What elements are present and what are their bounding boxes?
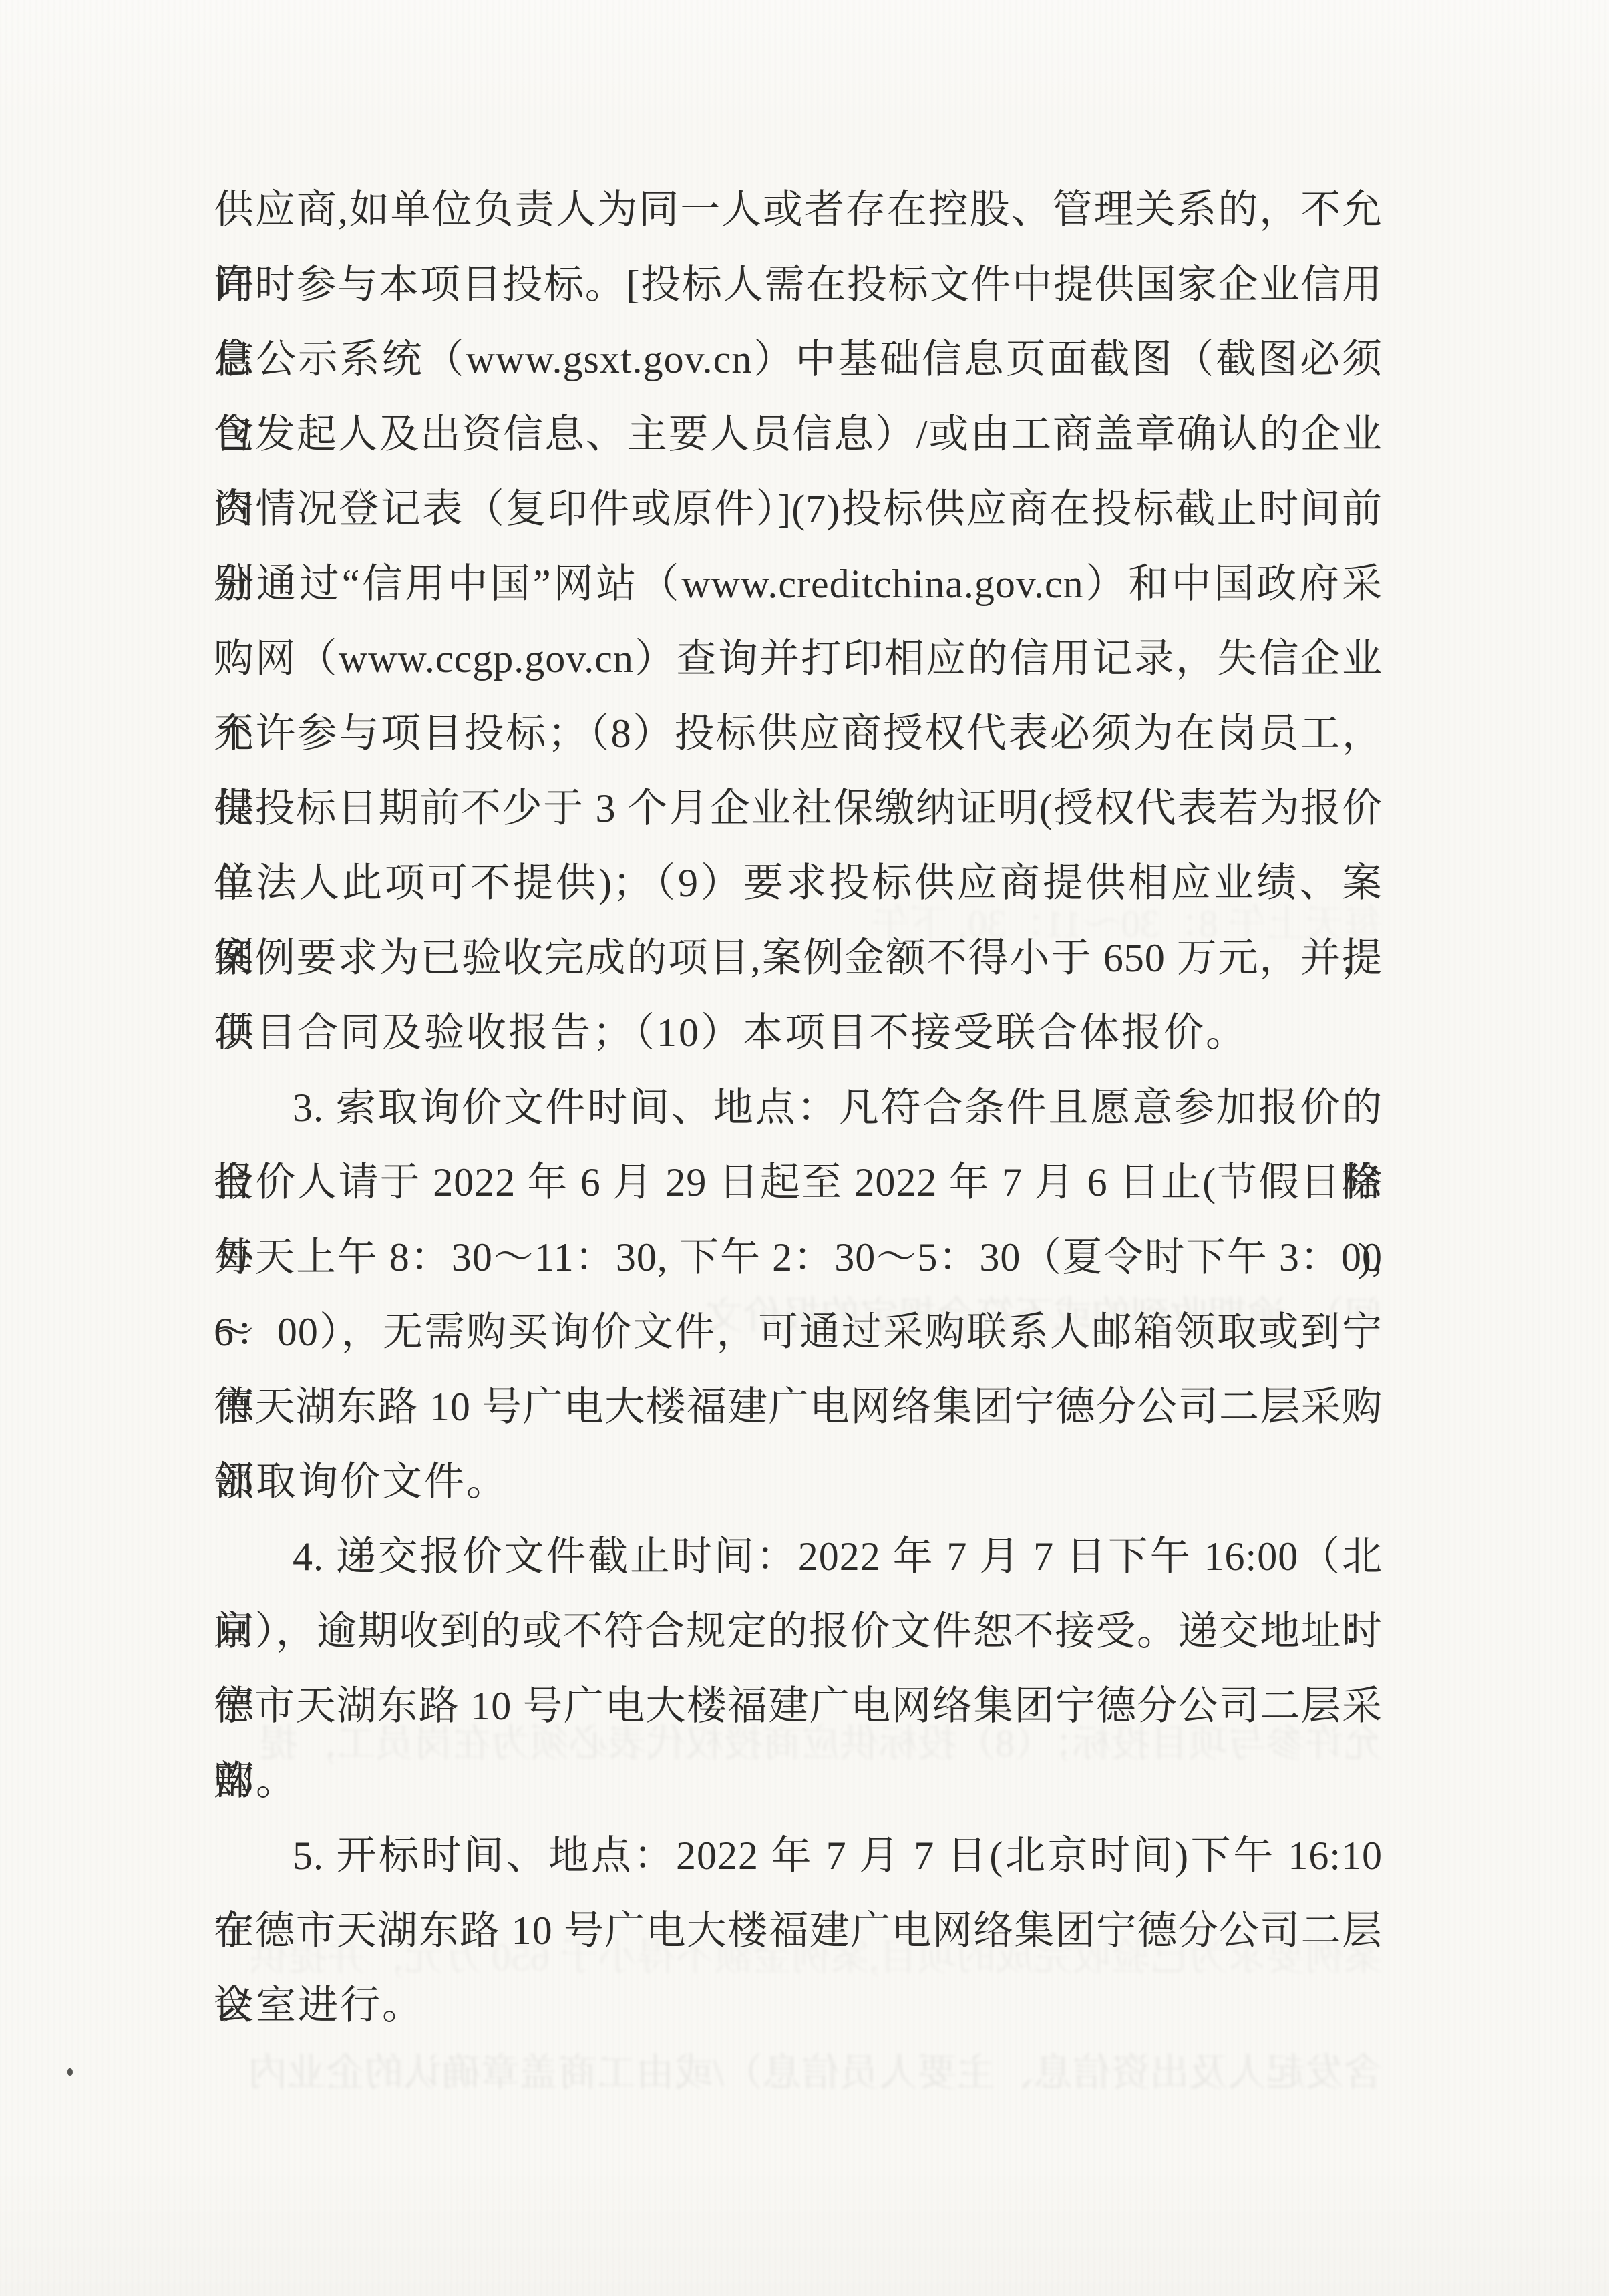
document-page: 每天上午 8：30～11：30, 下午 2：30～5：30（夏令时下午 3：00… xyxy=(0,0,1609,2296)
text-line: 购网（www.ccgp.gov.cn）查询并打印相应的信用记录，失信企业不 xyxy=(214,621,1383,696)
text-line: 案例要求为已验收完成的项目,案例金额不得小于 650 万元，并提供 xyxy=(214,921,1383,995)
text-line: 宁德市天湖东路 10 号广电大楼福建广电网络集团宁德分公司二层会 xyxy=(214,1893,1383,1968)
text-line: 部。 xyxy=(214,1744,1383,1818)
scan-speck xyxy=(67,2068,73,2076)
text-line-item-4: 4. 递交报价文件截止时间：2022 年 7 月 7 日下午 16:00（北京时 xyxy=(214,1519,1383,1594)
text-line: 领取询价文件。 xyxy=(214,1444,1383,1519)
text-line: 息公示系统（www.gsxt.gov.cn）中基础信息页面截图（截图必须包 xyxy=(214,322,1383,397)
text-line: 供应商,如单位负责人为同一人或者存在控股、管理关系的，不允许 xyxy=(214,172,1383,247)
text-line-item-3: 3. 索取询价文件时间、地点：凡符合条件且愿意参加报价的合格 xyxy=(214,1070,1383,1145)
text-line-item-5: 5. 开标时间、地点：2022 年 7 月 7 日(北京时间)下午 16:10 … xyxy=(214,1818,1383,1893)
text-line: 市天湖东路 10 号广电大楼福建广电网络集团宁德分公司二层采购部 xyxy=(214,1369,1383,1444)
text-block: 供应商,如单位负责人为同一人或者存在控股、管理关系的，不允许 同时参与本项目投标… xyxy=(214,172,1383,2043)
text-line: 报价人请于 2022 年 6 月 29 日起至 2022 年 7 月 6 日止(… xyxy=(214,1145,1383,1220)
text-line: 德市天湖东路 10 号广电大楼福建广电网络集团宁德分公司二层采购 xyxy=(214,1669,1383,1744)
text-line: 6：00），无需购买询价文件，可通过采购联系人邮箱领取或到宁德 xyxy=(214,1295,1383,1369)
text-line: 间），逾期收到的或不符合规定的报价文件恕不接受。递交地址：宁 xyxy=(214,1594,1383,1669)
text-line: 位法人此项可不提供)；（9）要求投标供应商提供相应业绩、案例， xyxy=(214,846,1383,921)
bleedthrough-text: 含发起人及出资信息、主要人员信息）/或由工商盖章确认的企业内 xyxy=(220,2049,1383,2096)
text-line: 允许参与项目投标；（8）投标供应商授权代表必须为在岗员工，提 xyxy=(214,696,1383,771)
text-line: 项目合同及验收报告；（10）本项目不接受联合体报价。 xyxy=(214,995,1383,1070)
text-line: 每天上午 8：30～11：30, 下午 2：30～5：30（夏令时下午 3：00… xyxy=(214,1220,1383,1295)
text-line: 含发起人及出资信息、主要人员信息）/或由工商盖章确认的企业内 xyxy=(214,397,1383,472)
text-line: 议室进行。 xyxy=(214,1968,1383,2043)
text-line: 供投标日期前不少于 3 个月企业社保缴纳证明(授权代表若为报价单 xyxy=(214,771,1383,846)
text-line: 同时参与本项目投标。[投标人需在投标文件中提供国家企业信用信 xyxy=(214,247,1383,322)
text-line: 别通过“信用中国”网站（www.creditchina.gov.cn）和中国政府… xyxy=(214,546,1383,621)
text-line: 资情况登记表（复印件或原件）](7)投标供应商在投标截止时间前分 xyxy=(214,472,1383,546)
